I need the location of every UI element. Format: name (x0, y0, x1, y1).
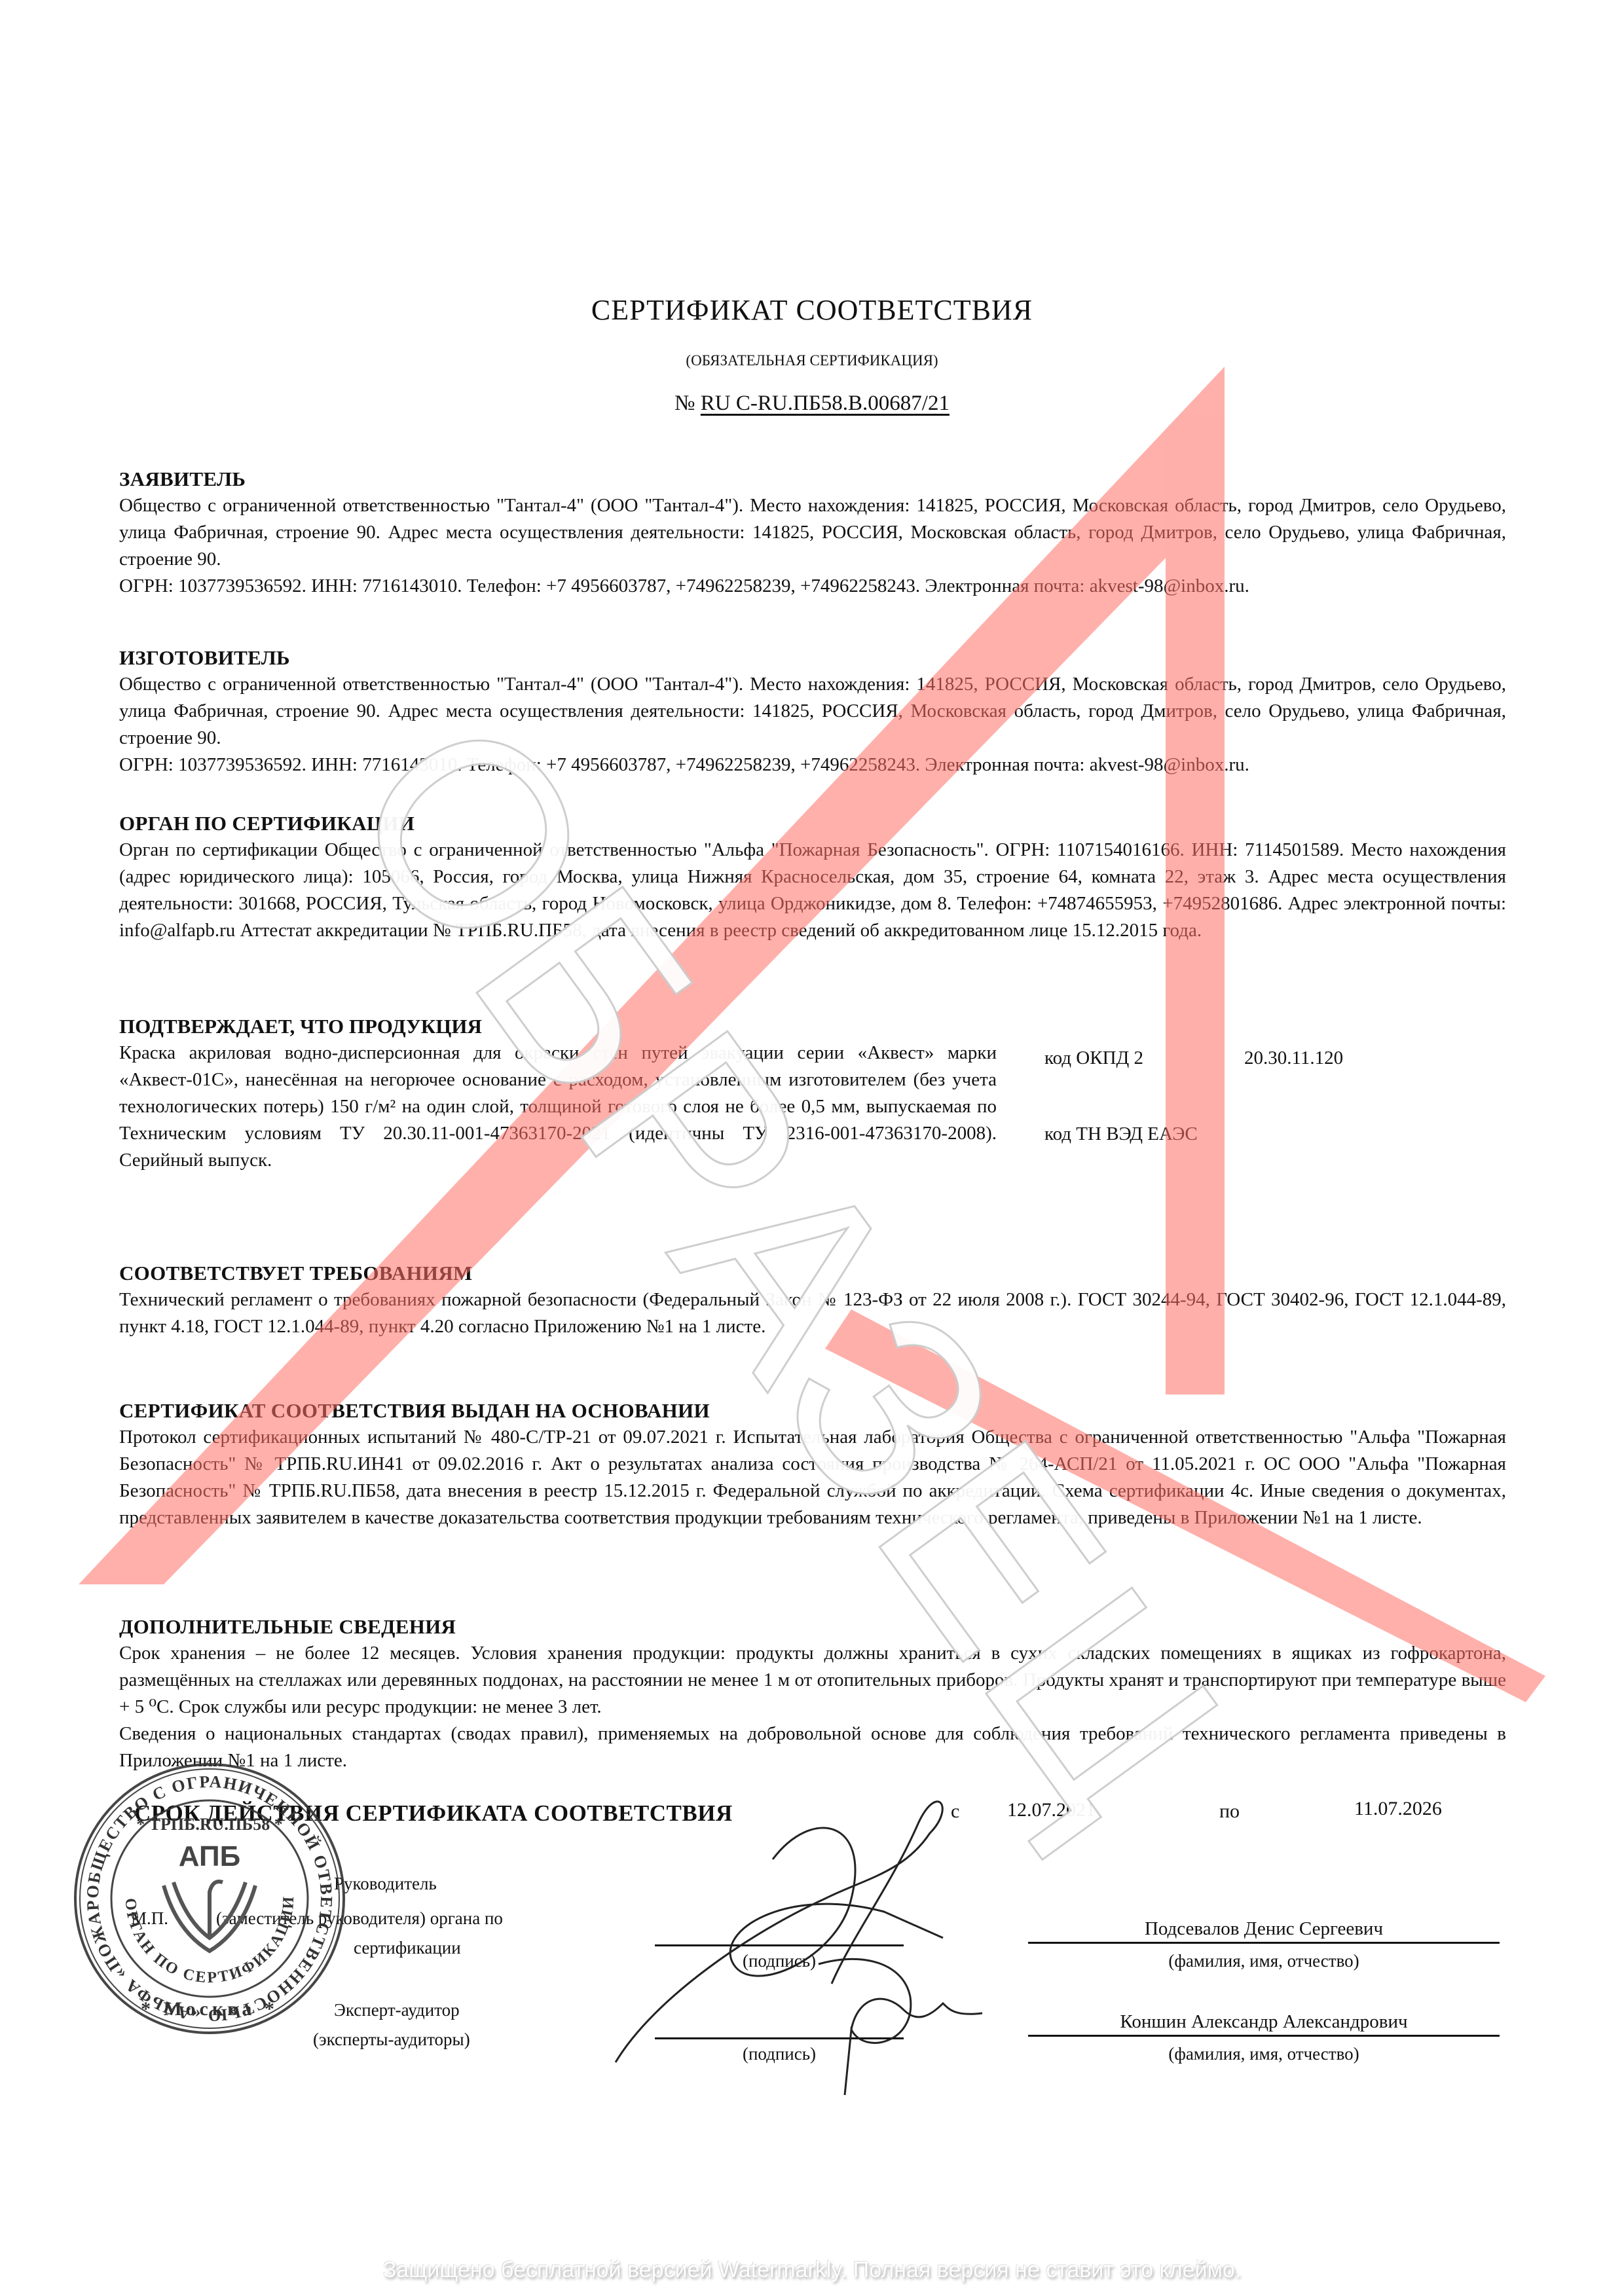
head-signature-line (655, 1944, 904, 1946)
validity-to-date: 11.07.2026 (1354, 1798, 1442, 1820)
applicant-section: ЗАЯВИТЕЛЬ Общество с ограниченной ответс… (119, 466, 1506, 600)
manufacturer-contacts: ОГРН: 1037739536592. ИНН: 7716143010. Те… (119, 752, 1506, 778)
number-value: RU C-RU.ПБ58.В.00687/21 (701, 392, 950, 415)
requirements-section: СООТВЕТСТВУЕТ ТРЕБОВАНИЯМ Технический ре… (119, 1260, 1506, 1340)
manufacturer-text: Общество с ограниченной ответственностью… (119, 671, 1506, 752)
document-subtitle: (ОБЯЗАТЕЛЬНАЯ СЕРТИФИКАЦИЯ) (0, 352, 1624, 369)
seal-city-text: * Москва * (141, 1998, 278, 2020)
certification-body-text: Орган по сертификации Общество с огранич… (119, 837, 1506, 944)
head-title-line2: (заместитель руководителя) органа по (216, 1908, 503, 1929)
head-name-caption: (фамилия, имя, отчество) (1028, 1951, 1500, 1971)
expert-signature-caption: (подпись) (655, 2044, 904, 2064)
validity-from-date: 12.07.2021 (1007, 1799, 1096, 1821)
applicant-contacts: ОГРН: 1037739536592. ИНН: 7716143010. Те… (119, 573, 1506, 600)
product-text: Краска акриловая водно-дисперсионная для… (119, 1040, 997, 1174)
validity-heading: СРОК ДЕЙСТВИЯ СЕРТИФИКАТА СООТВЕТСТВИЯ (134, 1800, 733, 1827)
expert-title-line2: (эксперты-аудиторы) (313, 2030, 470, 2050)
basis-text: Протокол сертификационных испытаний № 48… (119, 1424, 1506, 1531)
product-heading: ПОДТВЕРЖДАЕТ, ЧТО ПРОДУКЦИЯ (119, 1013, 997, 1040)
document-title: СЕРТИФИКАТ СООТВЕТСТВИЯ (0, 293, 1624, 327)
applicant-text: Общество с ограниченной ответственностью… (119, 492, 1506, 573)
additional-heading: ДОПОЛНИТЕЛЬНЫЕ СВЕДЕНИЯ (119, 1614, 1506, 1640)
basis-section: СЕРТИФИКАТ СООТВЕТСТВИЯ ВЫДАН НА ОСНОВАН… (119, 1398, 1506, 1531)
expert-title-line1: Эксперт-аудитор (334, 2000, 460, 2020)
additional-text-standards: Сведения о национальных стандартах (свод… (119, 1721, 1506, 1774)
expert-name: Коншин Александр Александрович (1028, 2011, 1500, 2033)
seal-place-label: М.П. (131, 1908, 168, 1929)
manufacturer-heading: ИЗГОТОВИТЕЛЬ (119, 645, 1506, 671)
manufacturer-section: ИЗГОТОВИТЕЛЬ Общество с ограниченной отв… (119, 645, 1506, 778)
head-name-line (1028, 1942, 1500, 1944)
expert-name-caption: (фамилия, имя, отчество) (1028, 2044, 1500, 2064)
certification-body-heading: ОРГАН ПО СЕРТИФИКАЦИИ (119, 811, 1506, 837)
head-title-line1: Руководитель (334, 1874, 437, 1894)
product-section: ПОДТВЕРЖДАЕТ, ЧТО ПРОДУКЦИЯ Краска акрил… (119, 1013, 997, 1174)
tnved-code-label: код ТН ВЭД ЕАЭС (1044, 1123, 1198, 1145)
head-title-line3: сертификации (354, 1938, 461, 1958)
additional-section: ДОПОЛНИТЕЛЬНЫЕ СВЕДЕНИЯ Срок хранения – … (119, 1614, 1506, 1774)
requirements-heading: СООТВЕТСТВУЕТ ТРЕБОВАНИЯМ (119, 1260, 1506, 1286)
certification-body-section: ОРГАН ПО СЕРТИФИКАЦИИ Орган по сертифика… (119, 811, 1506, 944)
number-prefix: № (674, 392, 695, 415)
certificate-number: № RU C-RU.ПБ58.В.00687/21 (0, 392, 1624, 416)
expert-signature-icon (819, 1959, 982, 2095)
applicant-heading: ЗАЯВИТЕЛЬ (119, 466, 1506, 492)
okpd-code-value: 20.30.11.120 (1244, 1048, 1343, 1069)
head-name: Подсевалов Денис Сергеевич (1028, 1918, 1500, 1940)
watermark-footer: Защищено бесплатной версией Watermarkly.… (0, 2257, 1624, 2283)
expert-name-line (1028, 2035, 1500, 2037)
expert-signature-line (655, 2037, 904, 2039)
head-signature-icon (616, 1802, 943, 2062)
okpd-code-label: код ОКПД 2 (1044, 1048, 1143, 1069)
additional-text-storage: Срок хранения – не более 12 месяцев. Усл… (119, 1640, 1506, 1721)
certificate-page: СЕРТИФИКАТ СООТВЕТСТВИЯ (ОБЯЗАТЕЛЬНАЯ СЕ… (0, 0, 1624, 2296)
validity-from-label: с (951, 1800, 959, 1823)
seal-logo-text: АПБ (179, 1840, 240, 1872)
requirements-text: Технический регламент о требованиях пожа… (119, 1286, 1506, 1340)
validity-to-label: по (1219, 1800, 1240, 1823)
basis-heading: СЕРТИФИКАТ СООТВЕТСТВИЯ ВЫДАН НА ОСНОВАН… (119, 1398, 1506, 1424)
head-signature-caption: (подпись) (655, 1951, 904, 1971)
